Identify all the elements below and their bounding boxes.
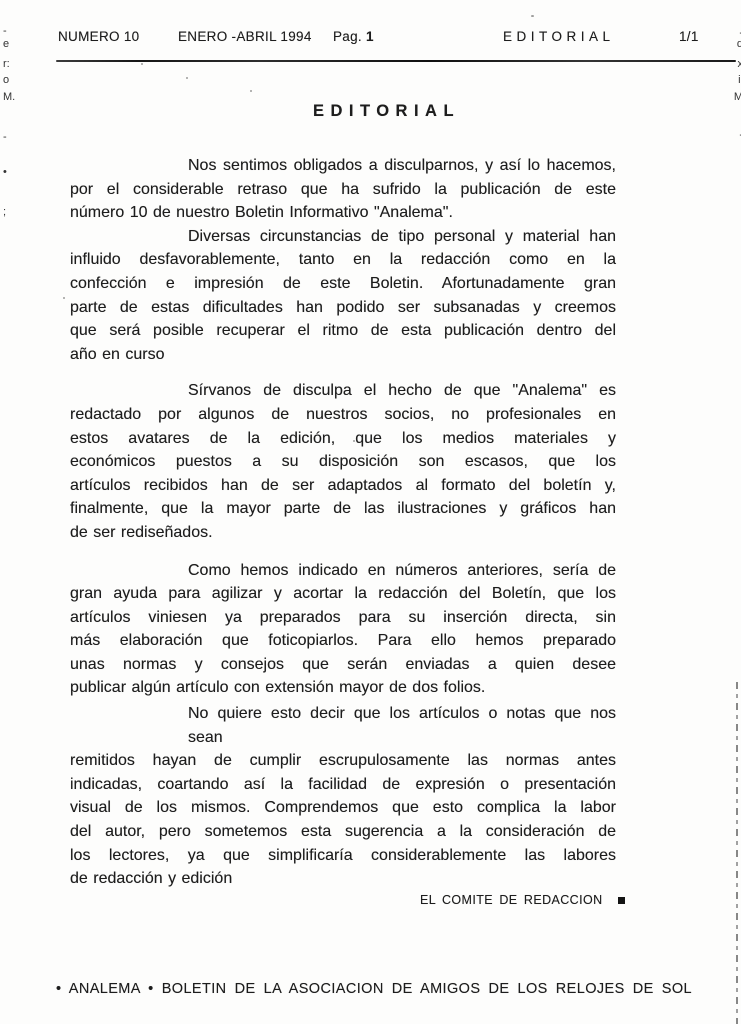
header-page-indicator: Pag.1 [333,29,374,44]
body-line: año en curso [70,343,616,367]
body-line: los lectores, ya que simplificaría consi… [70,844,616,868]
header-section-title: EDITORIAL [503,29,615,44]
scan-speck [531,15,534,17]
page-footer: • ANALEMA • BOLETIN DE LA ASOCIACION DE … [56,981,692,997]
scan-speck [63,297,65,299]
signature: EL COMITE DE REDACCION [420,893,625,907]
body-line: Diversas circunstancias de tipo personal… [70,225,616,249]
body-line: influido desfavorablemente, tanto en la … [70,248,616,272]
body-line: por el considerable retraso que ha sufri… [70,178,616,202]
body-line: de redacción y edición [70,867,616,891]
body-line: visual de los mismos. Comprendemos que e… [70,796,616,820]
scan-speck [353,440,355,442]
margin-artifact: M. [3,91,15,103]
header-issue-number: NUMERO 10 [58,29,139,44]
scanned-page: NUMERO 10 ENERO -ABRIL 1994 Pag.1 EDITOR… [0,0,741,1024]
margin-artifact: o [3,74,9,86]
margin-artifact: r: [3,58,10,70]
body-line: unas normas y consejos que serán enviada… [70,653,616,677]
body-line: del autor, pero sometemos esta sugerenci… [70,820,616,844]
body-line: que será posible recuperar el ritmo de e… [70,319,616,343]
margin-artifact: x [738,58,741,70]
body-line: redactado por algunos de nuestros socios… [70,403,616,427]
body-line: remitidos hayan de cumplir escrupulosame… [70,749,616,773]
body-line: Nos sentimos obligados a disculparnos, y… [70,154,616,178]
margin-artifact: ; [3,206,6,218]
body-line: Sírvanos de disculpa el hecho de que "An… [70,379,616,403]
header-period: ENERO -ABRIL 1994 [178,29,312,44]
body-line: confección e impresión de este Boletin. … [70,272,616,296]
paragraph: Como hemos indicado en números anteriore… [70,559,616,701]
margin-artifact: • [3,166,7,178]
header-rule [56,60,736,62]
header-page-label: Pag. [333,29,362,44]
margin-artifact: M [734,91,741,103]
scan-speck [186,77,188,79]
body-line: gran ayuda para agilizar y acortar la re… [70,582,616,606]
body-line: artículos recibidos han de ser adaptados… [70,474,616,498]
margin-artifact: d [737,38,741,50]
paragraph: No quiere esto decir que los artículos o… [70,702,616,891]
paragraph: Nos sentimos obligados a disculparnos, y… [70,154,616,225]
page-header: NUMERO 10 ENERO -ABRIL 1994 Pag.1 EDITOR… [0,0,741,70]
body-line: finalmente, que la mayor parte de las il… [70,497,616,521]
end-of-article-mark-icon [618,897,625,904]
paragraph: Diversas circunstancias de tipo personal… [70,225,616,367]
header-sheet-count: 1/1 [679,29,699,44]
paragraph: Sírvanos de disculpa el hecho de que "An… [70,379,616,544]
body-line: artículos viniesen ya preparados para su… [70,606,616,630]
body-line: número 10 de nuestro Boletin Informativo… [70,201,616,225]
scan-speck [141,63,143,65]
page-title: EDITORIAL [32,102,741,121]
body-line: publicar algún artículo con extensión ma… [70,676,616,700]
body-line: económicos puestos a su disposición son … [70,450,616,474]
editorial-body: Nos sentimos obligados a disculparnos, y… [70,154,616,891]
margin-artifact: e [3,38,9,50]
footer-text: • ANALEMA • BOLETIN DE LA ASOCIACION DE … [56,981,692,997]
margin-artifact: - [3,25,7,37]
body-line: indicadas, coartando así la facilidad de… [70,773,616,797]
scan-speck [250,90,252,92]
body-line: parte de estas dificultades han podido s… [70,296,616,320]
body-line: más elaboración que foticopiarlos. Para … [70,629,616,653]
header-page-number: 1 [366,29,374,44]
signature-text: EL COMITE DE REDACCION [420,893,603,907]
body-line: No quiere esto decir que los artículos o… [70,702,616,749]
scan-edge-line [736,682,738,1024]
margin-artifact: - [3,131,7,143]
body-line: Como hemos indicado en números anteriore… [70,559,616,583]
body-line: de ser rediseñados. [70,521,616,545]
body-line: estos avatares de la edición, que los me… [70,427,616,451]
